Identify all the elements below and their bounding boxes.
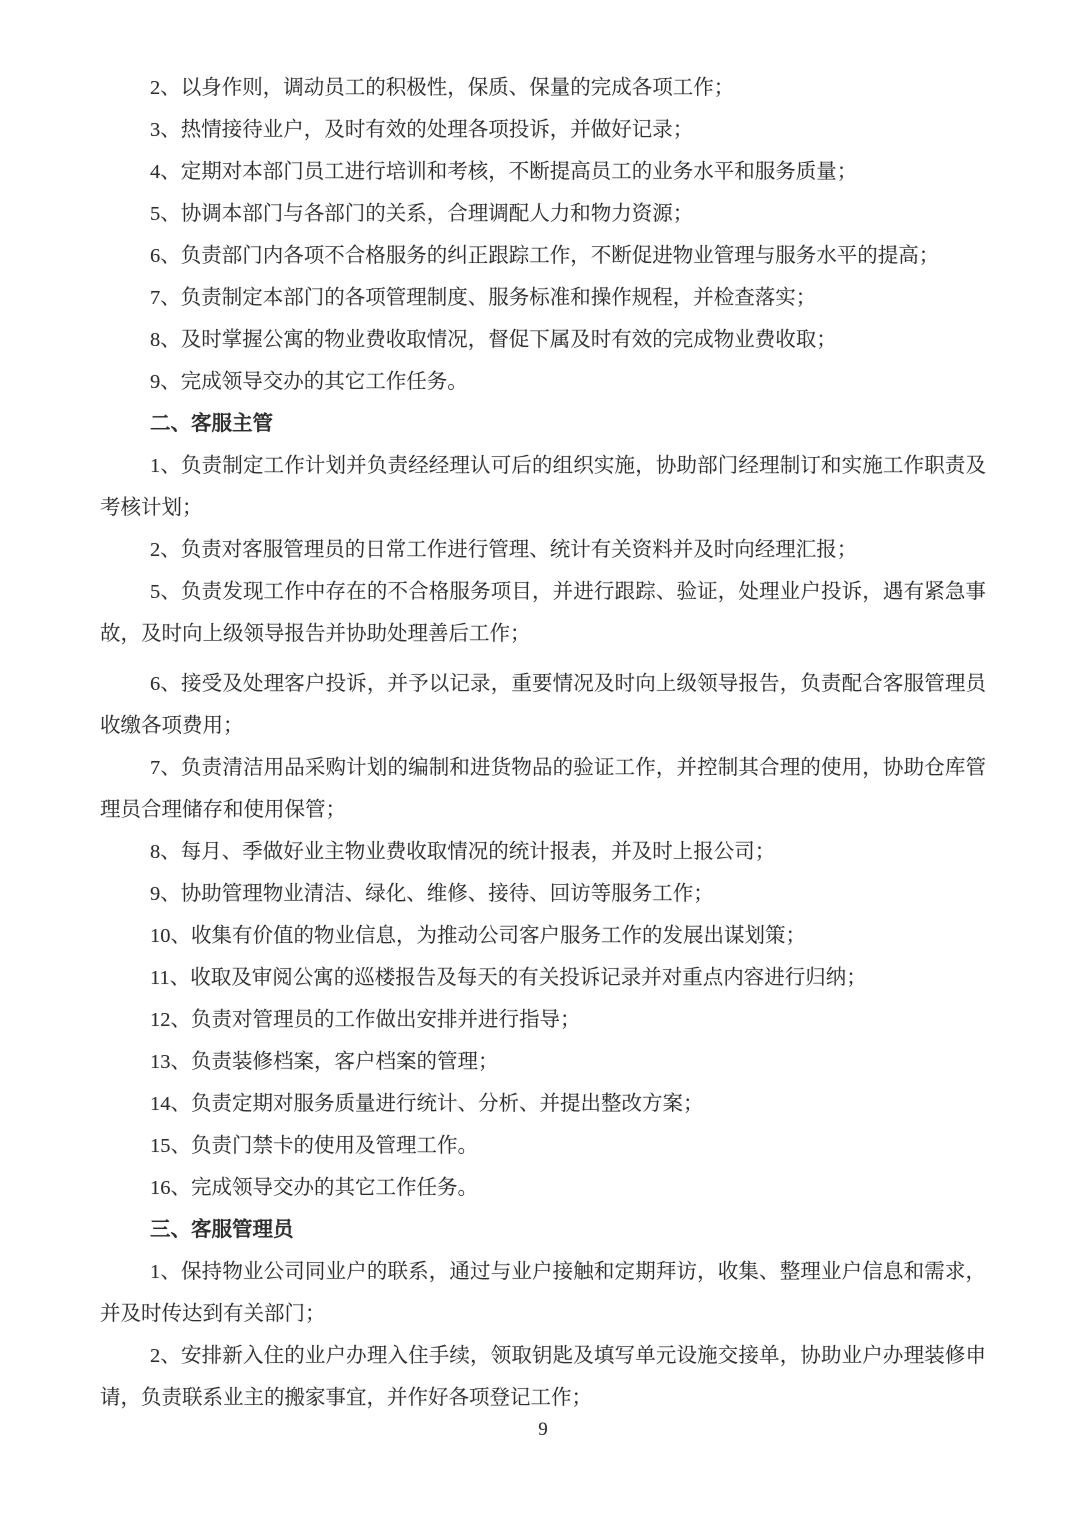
list-item-paragraph: 2、安排新入住的业户办理入住手续，领取钥匙及填写单元设施交接单，协助业户办理装修…	[100, 1335, 986, 1419]
document-body: 2、以身作则，调动员工的积极性，保质、保量的完成各项工作；3、热情接待业户，及时…	[100, 67, 986, 1419]
list-item-paragraph: 2、负责对客服管理员的日常工作进行管理、统计有关资料并及时向经理汇报；	[100, 529, 986, 571]
list-item-paragraph: 7、负责制定本部门的各项管理制度、服务标准和操作规程，并检查落实；	[100, 277, 986, 319]
list-item-paragraph: 5、协调本部门与各部门的关系，合理调配人力和物力资源；	[100, 193, 986, 235]
list-item-paragraph: 11、收取及审阅公寓的巡楼报告及每天的有关投诉记录并对重点内容进行归纳；	[100, 957, 986, 999]
list-item-paragraph: 12、负责对管理员的工作做出安排并进行指导；	[100, 999, 986, 1041]
list-item-paragraph: 13、负责装修档案，客户档案的管理；	[100, 1041, 986, 1083]
list-item-paragraph: 4、定期对本部门员工进行培训和考核，不断提高员工的业务水平和服务质量；	[100, 151, 986, 193]
list-item-paragraph: 8、及时掌握公寓的物业费收取情况，督促下属及时有效的完成物业费收取；	[100, 319, 986, 361]
page-number: 9	[100, 1419, 986, 1441]
list-item-paragraph: 8、每月、季做好业主物业费收取情况的统计报表，并及时上报公司；	[100, 831, 986, 873]
list-item-paragraph: 15、负责门禁卡的使用及管理工作。	[100, 1125, 986, 1167]
list-item-paragraph: 7、负责清洁用品采购计划的编制和进货物品的验证工作，并控制其合理的使用，协助仓库…	[100, 747, 986, 831]
list-item-paragraph: 3、热情接待业户，及时有效的处理各项投诉，并做好记录；	[100, 109, 986, 151]
list-item-paragraph: 5、负责发现工作中存在的不合格服务项目，并进行跟踪、验证，处理业户投诉，遇有紧急…	[100, 571, 986, 655]
list-item-paragraph: 9、协助管理物业清洁、绿化、维修、接待、回访等服务工作；	[100, 873, 986, 915]
document-page: 2、以身作则，调动员工的积极性，保质、保量的完成各项工作；3、热情接待业户，及时…	[0, 0, 1080, 1527]
list-item-paragraph: 14、负责定期对服务质量进行统计、分析、并提出整改方案；	[100, 1083, 986, 1125]
list-item-paragraph: 2、以身作则，调动员工的积极性，保质、保量的完成各项工作；	[100, 67, 986, 109]
list-item-paragraph: 1、保持物业公司同业户的联系，通过与业户接触和定期拜访，收集、整理业户信息和需求…	[100, 1251, 986, 1335]
list-item-paragraph: 6、接受及处理客户投诉，并予以记录，重要情况及时向上级领导报告，负责配合客服管理…	[100, 663, 986, 747]
list-item-paragraph: 10、收集有价值的物业信息，为推动公司客户服务工作的发展出谋划策；	[100, 915, 986, 957]
section-heading: 三、客服管理员	[100, 1209, 986, 1251]
list-item-paragraph: 1、负责制定工作计划并负责经经理认可后的组织实施，协助部门经理制订和实施工作职责…	[100, 445, 986, 529]
list-item-paragraph: 9、完成领导交办的其它工作任务。	[100, 361, 986, 403]
list-item-paragraph: 16、完成领导交办的其它工作任务。	[100, 1167, 986, 1209]
list-item-paragraph: 6、负责部门内各项不合格服务的纠正跟踪工作，不断促进物业管理与服务水平的提高；	[100, 235, 986, 277]
section-heading: 二、客服主管	[100, 403, 986, 445]
